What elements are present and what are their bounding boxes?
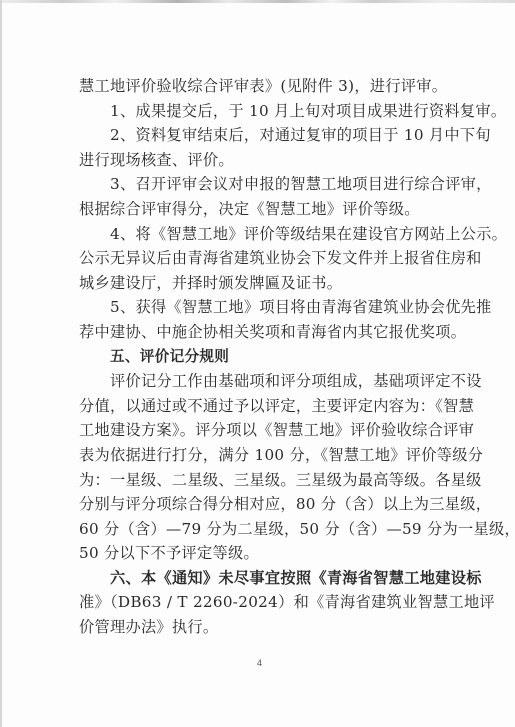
list-item-4: 4、将《智慧工地》评价等级结果在建设官方网站上公示。 — [79, 222, 441, 247]
text-line: 荐中建协、中施企协相关奖项和青海省内其它报优奖项。 — [79, 320, 441, 345]
section-heading-scoring-rules: 五、评价记分规则 — [79, 345, 441, 370]
paragraph-scoring: 评价记分工作由基础项和评分项组成，基础项评定不设 — [79, 369, 441, 394]
text-line: 根据综合评审得分，决定《智慧工地》评价等级。 — [79, 197, 441, 222]
text-line: 表为依据进行打分，满分 100 分，《智慧工地》评价等级分 — [79, 443, 441, 468]
text-line: 为：一星级、二星级、三星级。三星级为最高等级。各星级 — [79, 468, 441, 493]
document-body: 慧工地评价验收综合评审表》(见附件 3)，进行评审。 1、成果提交后，于 10 … — [79, 74, 441, 640]
list-item-3: 3、召开评审会议对申报的智慧工地项目进行综合评审， — [79, 172, 441, 197]
scan-edge-shadow — [2, 0, 515, 3]
text-line: 准》（DB63 / T 2260-2024）和《青海省建筑业智慧工地评 — [79, 590, 441, 615]
text-line: 60 分（含）—79 分为二星级，50 分（含）—59 分为一星级， — [79, 517, 441, 542]
text-line: 慧工地评价验收综合评审表》(见附件 3)，进行评审。 — [79, 74, 441, 99]
list-item-2: 2、资料复审结束后，对通过复审的项目于 10 月中下旬 — [79, 123, 441, 148]
text-line: 分别与评分项综合得分相对应，80 分（含）以上为三星级， — [79, 492, 441, 517]
document-page: 慧工地评价验收综合评审表》(见附件 3)，进行评审。 1、成果提交后，于 10 … — [0, 0, 515, 727]
text-line: 50 分以下不予评定等级。 — [79, 541, 441, 566]
list-item-1: 1、成果提交后，于 10 月上旬对项目成果进行资料复审。 — [79, 99, 441, 124]
section-six-paragraph: 六、本《通知》未尽事宜按照《青海省智慧工地建设标 — [79, 566, 441, 591]
list-item-5: 5、获得《智慧工地》项目将由青海省建筑业协会优先推 — [79, 295, 441, 320]
text-line: 分值，以通过或不通过予以评定，主要评定内容为：《智慧 — [79, 394, 441, 419]
text-line: 工地建设方案》。评分项以《智慧工地》评价验收综合评审 — [79, 418, 441, 443]
text-line: 进行现场核查、评价。 — [79, 148, 441, 173]
text-line: 城乡建设厅，并择时颁发牌匾及证书。 — [79, 271, 441, 296]
text-line: 公示无异议后由青海省建筑业协会下发文件并上报省住房和 — [79, 246, 441, 271]
page-number: 4 — [257, 658, 262, 668]
text-line: 价管理办法》执行。 — [79, 615, 441, 640]
